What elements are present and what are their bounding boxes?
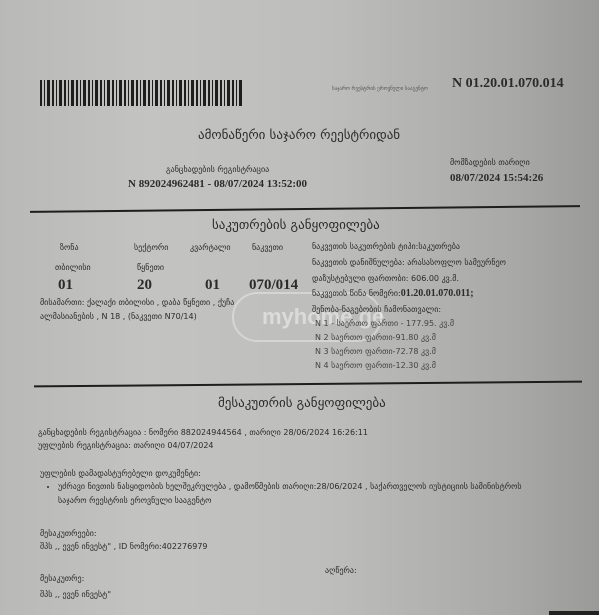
owner-section-title: მესაკუთრის განყოფილება: [218, 396, 386, 411]
property-section-title: საკუთრების განყოფილება: [212, 218, 380, 233]
previous-number-label: ნაკვეთის წინა ნომერი:: [312, 289, 401, 298]
parcel-label: ნაკვეთი: [252, 243, 283, 252]
zone-sublabel: თბილისი: [55, 263, 91, 272]
owners-value: შპს ,, ევენ ინვესტ" , ID ნომერი:40227697…: [40, 542, 208, 551]
prepared-value: 08/07/2024 15:54:26: [450, 172, 543, 184]
docs-list: უძრავი ნივთის ნასყიდობის ხელშეკრულება , …: [40, 480, 538, 508]
sector-label: სექტორი: [134, 243, 168, 252]
description-label: აღწერა:: [325, 566, 357, 575]
building-item: N 3 საერთო ფართი-72.78 კვ.მ: [315, 347, 436, 356]
doc-item: უძრავი ნივთის ნასყიდობის ხელშეკრულება , …: [58, 480, 538, 508]
application-label: განცხადების რეგისტრაცია: [166, 165, 269, 174]
parcel-area: დაზუსტებული ფართობი: 606.00 კვ.მ.: [312, 274, 459, 283]
owner-value: შპს ,, ევენ ინვესტ": [40, 590, 111, 599]
barcode-icon: [40, 80, 242, 106]
divider: [30, 205, 580, 213]
building-item: N 1 - საერთო ფართი - 177.95. კვ.მ: [315, 319, 454, 328]
agency-small-note: საჯარო რეესტრის ეროვნული სააგენტო: [332, 86, 428, 92]
document-number: N 01.20.01.070.014: [452, 76, 564, 92]
zone-label: ზონა: [60, 243, 79, 252]
quarter-label: კვარტალი: [190, 243, 231, 252]
owners-label: მესაკუთრეები:: [40, 529, 97, 538]
buildings-title: შენობა-ნაგებობის ჩამონათვალი:: [312, 305, 441, 314]
owner-application-reg: განცხადების რეგისტრაცია : ნომერი 8820249…: [38, 428, 368, 437]
address-line-1: მისამართი: ქალაქი თბილისი , დაბა წყნეთი …: [40, 298, 234, 307]
parcel-purpose: ნაკვეთის დანიშნულება: არასასოფლო სამეურნ…: [312, 258, 506, 267]
zone-value: 01: [58, 277, 73, 294]
application-value: N 892024962481 - 08/07/2024 13:52:00: [128, 178, 307, 190]
quarter-value: 01: [205, 277, 220, 294]
previous-number: ნაკვეთის წინა ნომერი:01.20.01.070.011;: [312, 288, 474, 299]
address-line-2: ალმასიანების , N 18 , (ნაკვეთი N70/14): [40, 312, 197, 321]
owner-label: მესაკუთრე:: [40, 574, 84, 583]
dark-corner: [549, 611, 599, 615]
sector-value: 20: [137, 277, 152, 294]
prepared-label: მომზადების თარიღი: [450, 158, 530, 167]
previous-number-value: 01.20.01.070.011;: [401, 288, 474, 299]
docs-title: უფლების დამადასტურებელი დოკუმენტი:: [40, 469, 201, 478]
document-title: ამონაწერი საჯარო რეესტრიდან: [198, 128, 400, 143]
right-registration: უფლების რეგისტრაცია: თარიღი 04/07/2024: [38, 441, 214, 450]
building-item: N 2 საერთო ფართი-91.80 კვ.მ: [315, 333, 436, 342]
registry-extract-page: საჯარო რეესტრის ეროვნული სააგენტო N 01.2…: [0, 0, 599, 615]
divider: [34, 381, 582, 388]
sector-sublabel: წყნეთი: [137, 263, 164, 272]
ownership-type: ნაკვეთის საკუთრების ტიპი:საკუთრება: [312, 242, 460, 251]
building-item: N 4 საერთო ფართი-12.30 კვ.მ: [315, 361, 436, 370]
